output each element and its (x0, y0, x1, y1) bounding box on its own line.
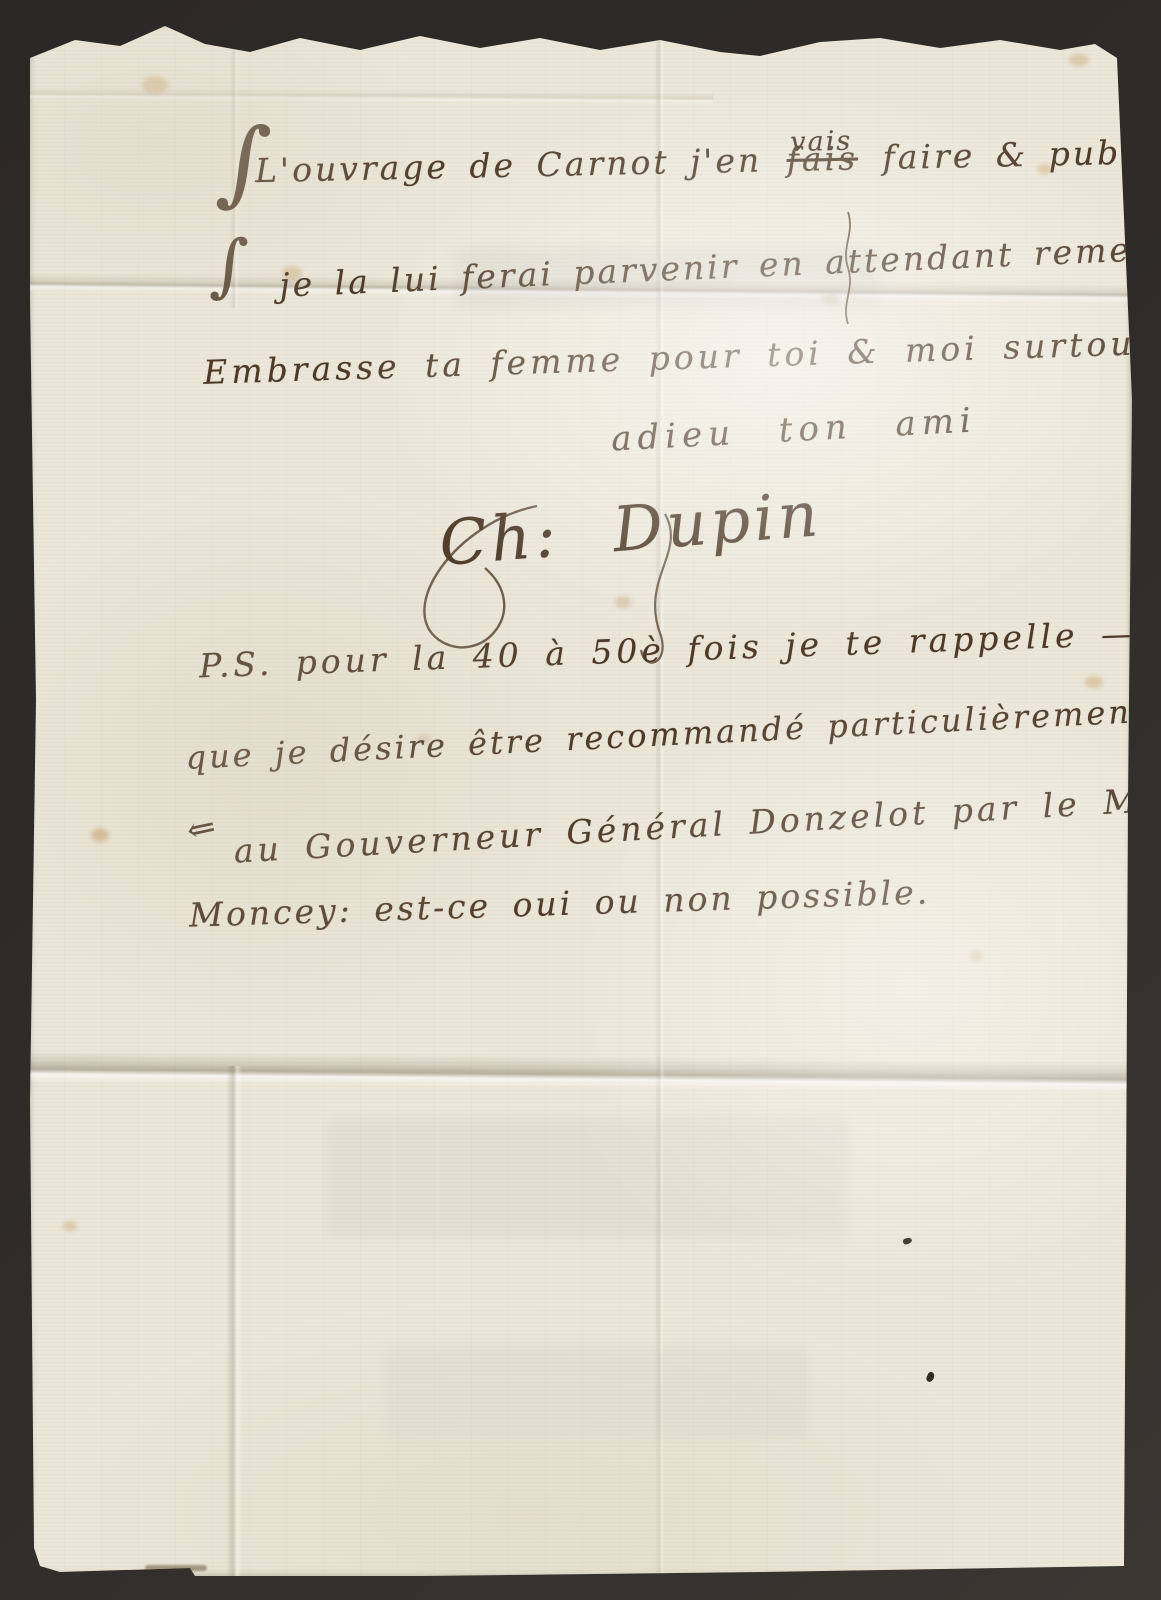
postscript-line-4: Moncey: est-ce oui ou non possible. (189, 872, 931, 934)
stain-foxing (1085, 676, 1103, 688)
stain-foxing (1069, 54, 1089, 66)
postscript-line-2: que je désire être recommandé particuliè… (185, 689, 1161, 777)
fold-crease-top-short (27, 88, 713, 105)
stain-foxing (63, 1221, 77, 1231)
stain-foxing (970, 951, 982, 961)
line1-text-pre: L'ouvrage de Carnot j'en (255, 141, 763, 191)
stain-foxing (822, 294, 838, 304)
letter-line-3: Embrasse ta femme pour toi & moi surtout (203, 323, 1154, 392)
photo-stage: ∫ L'ouvrage de Carnot j'en vais fais fai… (0, 0, 1161, 1600)
letter-line-2: je la lui ferai parvenir en attendant re… (279, 222, 1161, 304)
arrow-flourish-icon: ⇐ (184, 809, 219, 848)
word-correction: vais fais (786, 139, 858, 179)
postscript-line-3: au Gouverneur Général Donzelot par le Ma… (233, 772, 1161, 870)
letter-paper: ∫ L'ouvrage de Carnot j'en vais fais fai… (27, 18, 1133, 1578)
struck-word: fais (786, 139, 858, 179)
letter-closing-line: adieu ton ami (610, 400, 978, 459)
postscript-line-1: P.S. pour la 40 à 50è fois je te rappell… (199, 614, 1139, 686)
fold-crease-left-vertical-bottom (226, 1066, 242, 1578)
stain-foxing (615, 596, 631, 608)
letter-line-1: L'ouvrage de Carnot j'en vais fais faire… (255, 129, 1161, 190)
fold-crease-lower-horizontal (27, 1051, 1133, 1094)
showthrough-smudge (327, 1118, 847, 1238)
signature-text: Ch: Dupin (437, 477, 825, 580)
stain-foxing (91, 828, 109, 842)
line1-text-post: faire & publier l'ana: (882, 129, 1161, 177)
showthrough-smudge (387, 1348, 807, 1438)
photo-background: { "scene": { "description": "Aged folded… (0, 0, 1161, 1600)
stain-foxing (142, 76, 168, 94)
pen-flourish: ∫ (209, 229, 250, 301)
ink-speck (925, 1371, 936, 1383)
bottom-edge-smudge (145, 1565, 207, 1571)
ink-speck (902, 1237, 913, 1246)
